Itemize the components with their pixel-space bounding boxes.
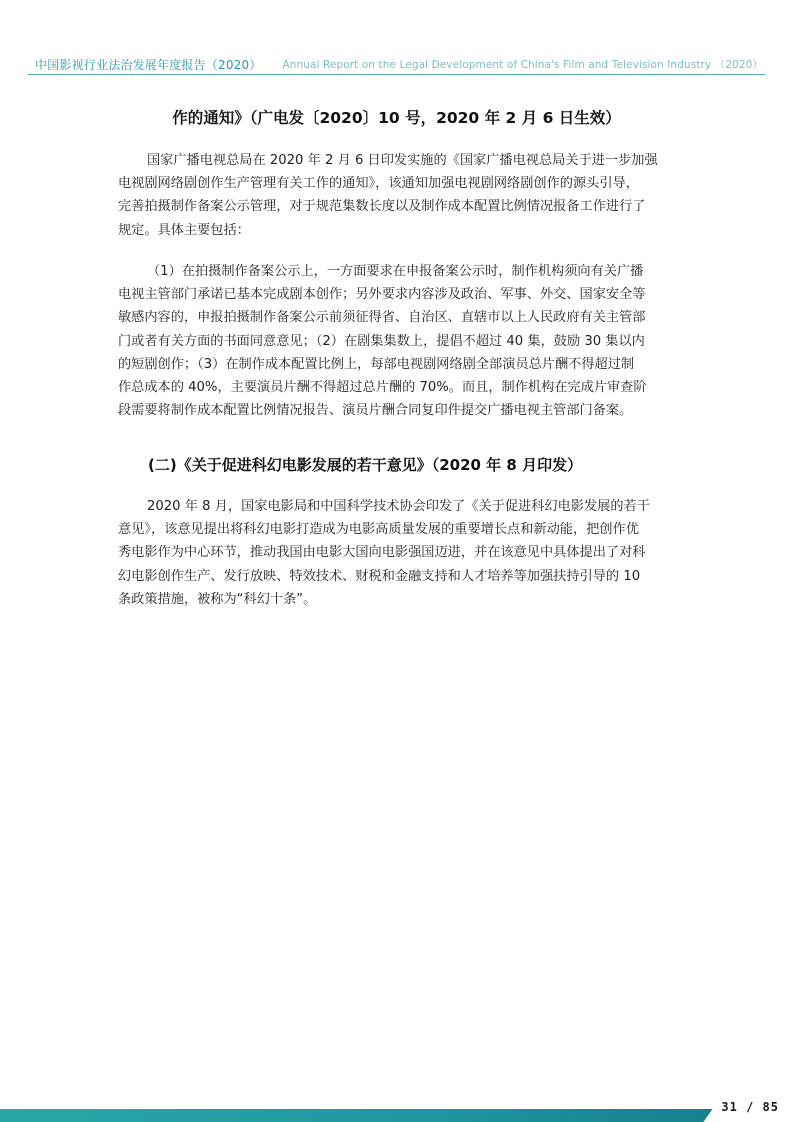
text-line: 完善拍摄制作备案公示管理，对于规范集数长度以及制作成本配置比例情况报备工作进行了 xyxy=(118,195,678,218)
text-line: 意见》，该意见提出将科幻电影打造成为电影高质量发展的重要增长点和新动能，把创作优 xyxy=(118,518,678,541)
text-line: 作总成本的 40%，主要演员片酬不得超过总片酬的 70%。而且，制作机构在完成片… xyxy=(118,376,678,399)
text-line: 敏感内容的，申报拍摄制作备案公示前须征得省、自治区、直辖市以上人民政府有关主管部 xyxy=(118,306,678,329)
section-heading-scifi: (二)《关于促进科幻电影发展的若干意见》（2020 年 8 月印发） xyxy=(148,454,582,475)
text-line: 国家广播电视总局在 2020 年 2 月 6 日印发实施的《国家广播电视总局关于… xyxy=(118,149,678,172)
text-line: 规定。具体主要包括： xyxy=(118,219,678,242)
text-line: 条政策措施，被称为“科幻十条”。 xyxy=(118,588,678,611)
text-line: 2020 年 8 月，国家电影局和中国科学技术协会印发了《关于促进科幻电影发展的… xyxy=(118,495,678,518)
header-title-english: Annual Report on the Legal Development o… xyxy=(282,57,763,72)
header-title-chinese: 中国影视行业法治发展年度报告（2020） xyxy=(35,56,262,73)
text-line: 幻电影创作生产、发行放映、特效技术、财税和金融支持和人才培养等加强扶持引导的 1… xyxy=(118,565,678,588)
paragraph-notice-details: （1）在拍摄制作备案公示上，一方面要求在申报备案公示时，制作机构须向有关广播 电… xyxy=(118,260,678,422)
page-number: 31 / 85 xyxy=(721,1100,779,1114)
text-line: 秀电影作为中心环节，推动我国由电影大国向电影强国迈进，并在该意见中具体提出了对科 xyxy=(118,541,678,564)
text-line: 段需要将制作成本配置比例情况报告、演员片酬合同复印件提交广播电视主管部门备案。 xyxy=(118,399,678,422)
header-divider xyxy=(28,74,765,75)
page-header: 中国影视行业法治发展年度报告（2020） Annual Report on th… xyxy=(0,0,793,80)
section-heading-notice: 作的通知》（广电发〔2020〕10 号，2020 年 2 月 6 日生效） xyxy=(0,106,793,128)
text-line: 的短剧创作；（3）在制作成本配置比例上，每部电视剧网络剧全部演员总片酬不得超过制 xyxy=(118,353,678,376)
text-line: （1）在拍摄制作备案公示上，一方面要求在申报备案公示时，制作机构须向有关广播 xyxy=(118,260,678,283)
text-line: 电视剧网络剧创作生产管理有关工作的通知》，该通知加强电视剧网络剧创作的源头引导， xyxy=(118,172,678,195)
paragraph-scifi-opinion: 2020 年 8 月，国家电影局和中国科学技术协会印发了《关于促进科幻电影发展的… xyxy=(118,495,678,611)
footer-accent-bar xyxy=(0,1109,720,1122)
text-line: 门或者有关方面的书面同意意见；（2）在剧集集数上，提倡不超过 40 集，鼓励 3… xyxy=(118,330,678,353)
text-line: 电视主管部门承诺已基本完成剧本创作；另外要求内容涉及政治、军事、外交、国家安全等 xyxy=(118,283,678,306)
paragraph-notice-intro: 国家广播电视总局在 2020 年 2 月 6 日印发实施的《国家广播电视总局关于… xyxy=(118,149,678,242)
